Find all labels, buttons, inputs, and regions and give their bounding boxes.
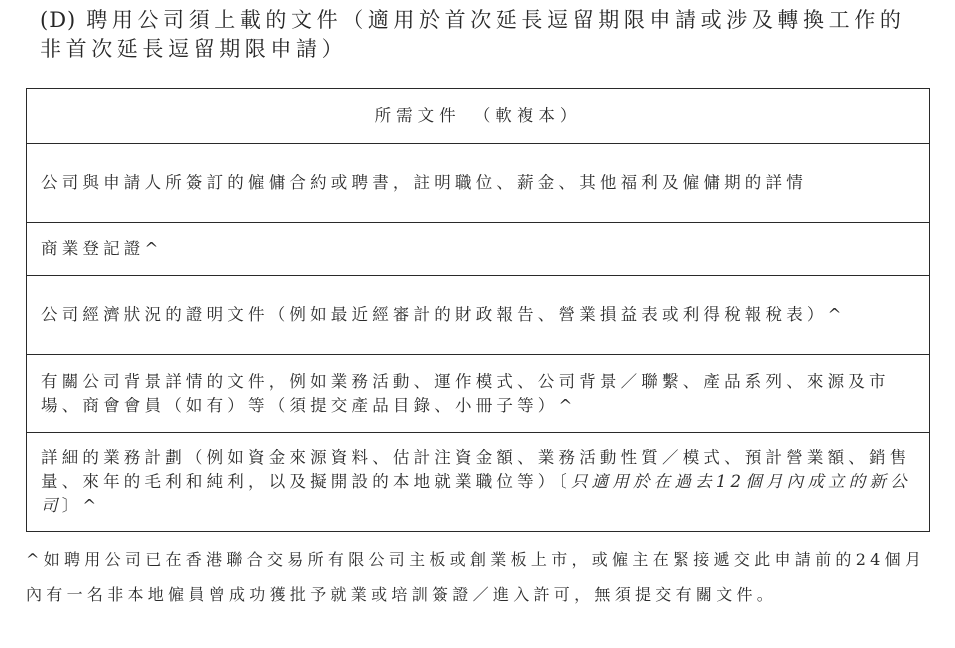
- section-label: (D): [40, 8, 76, 32]
- document-item-business-registration: 商業登記證^: [27, 223, 930, 276]
- table-row: 公司與申請人所簽訂的僱傭合約或聘書，註明職位、薪金、其他福利及僱傭期的詳情: [27, 144, 930, 223]
- business-plan-suffix: 〕^: [62, 496, 101, 515]
- table-row: 商業登記證^: [27, 223, 930, 276]
- required-documents-table: 所需文件 （軟複本） 公司與申請人所簽訂的僱傭合約或聘書，註明職位、薪金、其他福…: [26, 88, 930, 532]
- document-item-contract: 公司與申請人所簽訂的僱傭合約或聘書，註明職位、薪金、其他福利及僱傭期的詳情: [27, 144, 930, 223]
- document-item-business-plan: 詳細的業務計劃（例如資金來源資料、估計注資金額、業務活動性質／模式、預計營業額、…: [27, 433, 930, 532]
- document-item-company-background: 有關公司背景詳情的文件，例如業務活動、運作模式、公司背景／聯繫、產品系列、來源及…: [27, 355, 930, 433]
- footnote: ^如聘用公司已在香港聯合交易所有限公司主板或創業板上市，或僱主在緊接遞交此申請前…: [26, 542, 936, 612]
- section-title: 聘用公司須上載的文件（適用於首次延長逗留期限申請或涉及轉換工作的非首次延長逗留期…: [40, 8, 905, 61]
- table-header: 所需文件 （軟複本）: [27, 89, 930, 144]
- table-row: 詳細的業務計劃（例如資金來源資料、估計注資金額、業務活動性質／模式、預計營業額、…: [27, 433, 930, 532]
- table-row: 公司經濟狀況的證明文件（例如最近經審計的財政報告、營業損益表或利得稅報稅表）^: [27, 276, 930, 355]
- table-header-row: 所需文件 （軟複本）: [27, 89, 930, 144]
- table-row: 有關公司背景詳情的文件，例如業務活動、運作模式、公司背景／聯繫、產品系列、來源及…: [27, 355, 930, 433]
- document-item-financial-status: 公司經濟狀況的證明文件（例如最近經審計的財政報告、營業損益表或利得稅報稅表）^: [27, 276, 930, 355]
- section-heading: (D)聘用公司須上載的文件（適用於首次延長逗留期限申請或涉及轉換工作的非首次延長…: [40, 6, 930, 64]
